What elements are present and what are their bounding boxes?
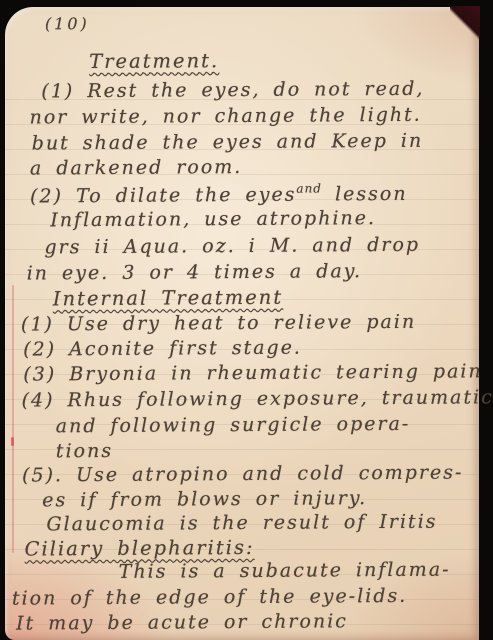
handwritten-line: It may be acute or chronic	[16, 610, 348, 634]
handwritten-line: es if from blows or injury.	[42, 487, 367, 511]
heading-internal-treatment: Internal Treatment	[53, 286, 283, 311]
handwritten-line: This is a subacute inflama-	[119, 559, 451, 583]
handwritten-line: nor write, nor change the light.	[29, 104, 421, 129]
handwritten-line: Glaucomia is the result of Iritis	[46, 511, 437, 536]
handwritten-line: Inflamation, use atrophine.	[50, 207, 376, 231]
handwritten-line: (4) Rhus following exposure, traumatic	[21, 386, 493, 411]
handwritten-line: grs ii Aqua. oz. i M. and drop	[44, 234, 420, 259]
handwritten-line: and following surgicle opera-	[56, 413, 411, 437]
handwritten-line-with-insertion: (2) To dilate the eyesand lesson	[30, 181, 408, 208]
handwritten-line: in eye. 3 or 4 times a day.	[27, 260, 362, 284]
heading-ciliary-blepharitis: Ciliary blepharitis:	[24, 536, 254, 561]
handwritten-line: (1) Use dry heat to relieve pain	[21, 311, 416, 336]
inserted-word: and	[296, 181, 322, 195]
handwriting-layer: (10) Treatment. (1) Rest the eyes, do no…	[3, 5, 481, 640]
handwritten-line: tion of the edge of the eye-lids.	[12, 585, 408, 610]
handwritten-line: (5). Use atropino and cold compres-	[22, 461, 464, 486]
notebook-photo: (10) Treatment. (1) Rest the eyes, do no…	[0, 0, 493, 640]
handwritten-line: but shade the eyes and Keep in	[32, 130, 424, 155]
handwritten-line: (2) Aconite first stage.	[23, 337, 302, 361]
heading-treatment: Treatment.	[89, 49, 219, 73]
handwritten-line: (1) Rest the eyes, do not read,	[41, 78, 424, 103]
handwritten-line: (3) Bryonia in rheumatic tearing pain	[23, 360, 483, 385]
handwritten-line: tions	[56, 440, 113, 462]
notebook-page: (10) Treatment. (1) Rest the eyes, do no…	[5, 7, 479, 640]
handwritten-line: a darkened room.	[30, 156, 243, 179]
line-text: (2) To dilate the eyes	[30, 184, 296, 208]
line-text: lesson	[322, 183, 408, 206]
page-number: (10)	[45, 14, 90, 33]
